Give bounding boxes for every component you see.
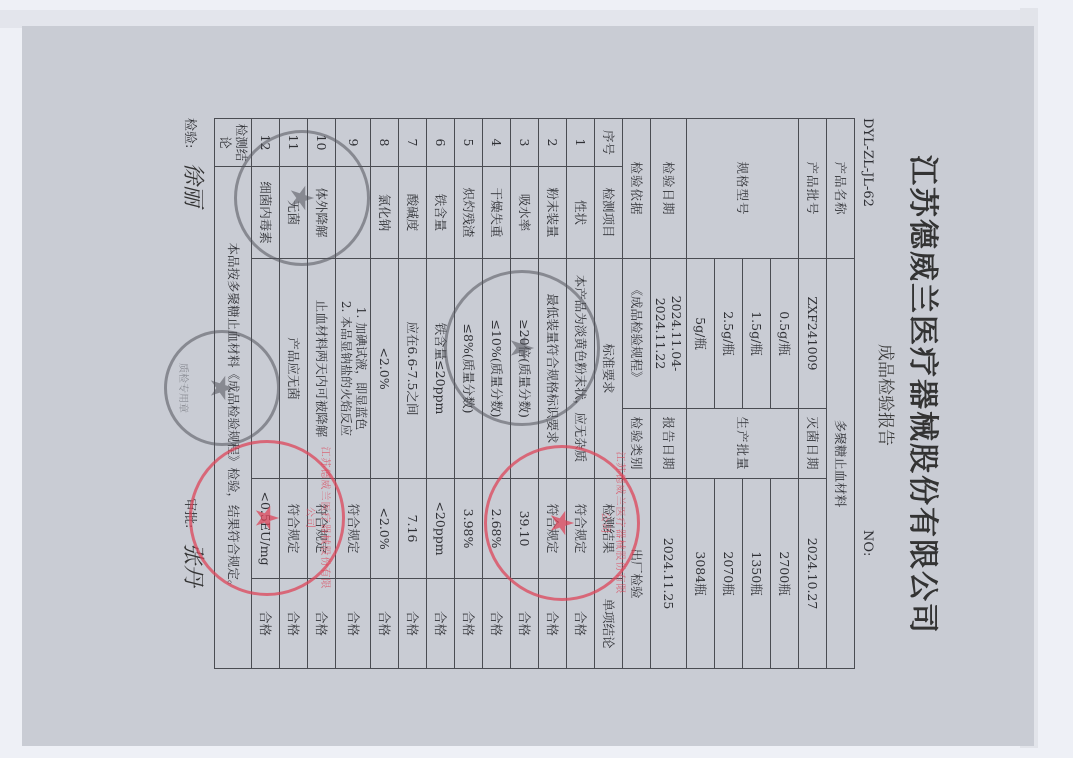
test-result: 符合规定 [566, 479, 594, 579]
conclusion-label: 检测结论 [215, 119, 251, 167]
inspection-report-page: 江苏德威兰医疗器械股份有限公司 成品检验报告 DYL-ZL-JL-62 NO: … [95, 100, 970, 690]
test-item: 无菌 [279, 167, 307, 259]
test-result: 符合规定 [307, 479, 335, 579]
header-verdict: 单项结论 [594, 579, 622, 669]
inspector-label: 检验: [182, 118, 197, 148]
table-row: 10体外降解止血材料两天内可被降解符合规定合格 [307, 119, 335, 669]
inspector-handwriting: 徐丽 [180, 163, 205, 207]
spec-label: 规格型号 [687, 119, 799, 259]
basis-row: 检验依据 《成品检验规程》 检验类别 出厂检验 [622, 119, 650, 669]
basis-value: 《成品检验规程》 [622, 259, 650, 409]
test-result: 符合规定 [538, 479, 566, 579]
table-row: 5炽灼残渣≤8%(质量分数)3.98%合格 [454, 119, 482, 669]
standard-line: 2. 本品显钠盐的火焰反应 [338, 262, 353, 475]
row-number: 2 [538, 119, 566, 167]
item-verdict: 合格 [510, 579, 538, 669]
table-header-row: 序号 检测项目 标准要求 检测结果 单项结论 [594, 119, 622, 669]
standard-requirement: 产品应无菌 [279, 259, 307, 479]
standard-requirement: ≥20倍(质量分数) [510, 259, 538, 479]
date-row: 检验日期 2024.11.04-2024.11.22 报告日期 2024.11.… [650, 119, 686, 669]
sterilize-date-value: 2024.10.27 [799, 479, 827, 669]
table-row: 4干燥失重≤10%(质量分数)2.68%合格 [482, 119, 510, 669]
test-result: 3.98% [454, 479, 482, 579]
header-standard: 标准要求 [594, 259, 622, 479]
product-name-value: 多聚糖止血材料 [827, 259, 855, 669]
sterilize-date-label: 灭菌日期 [799, 409, 827, 479]
production-qty-label: 生产批量 [687, 409, 799, 479]
production-qty-value: 1350瓶 [743, 479, 771, 669]
header-result: 检测结果 [594, 479, 622, 579]
standard-requirement: ≤10%(质量分数) [482, 259, 510, 479]
inspect-date-label: 检验日期 [650, 119, 686, 259]
test-result: <2.0% [370, 479, 398, 579]
standard-requirement: 应在6.6-7.5之间 [398, 259, 426, 479]
product-name-row: 产品名称 多聚糖止血材料 [827, 119, 855, 669]
test-result: 符合规定 [279, 479, 307, 579]
standard-requirement: 止血材料两天内可被降解 [307, 259, 335, 479]
batch-row: 产品批号 ZXF241009 灭菌日期 2024.10.27 [799, 119, 827, 669]
test-result: 2.68% [482, 479, 510, 579]
table-row: 8氯化钠<2.0%<2.0%合格 [370, 119, 398, 669]
test-result: <20ppm [426, 479, 454, 579]
test-item: 酸碱度 [398, 167, 426, 259]
table-row: 3吸水率≥20倍(质量分数)39.10合格 [510, 119, 538, 669]
test-item: 性状 [566, 167, 594, 259]
item-verdict: 合格 [307, 579, 335, 669]
company-name: 江苏德威兰医疗器械股份有限公司 [904, 100, 948, 690]
standard-requirement: 本产品为淡黄色粉末状，应无杂质 [566, 259, 594, 479]
conclusion-row: 检测结论 本品按多聚糖止血材料《成品检验规程》检验，结果符合规定。 [215, 119, 251, 669]
report-title: 成品检验报告 [875, 100, 900, 690]
spec-value: 5g/瓶 [687, 259, 715, 409]
table-row: 91. 加碘试液，即显蓝色2. 本品显钠盐的火焰反应符合规定合格 [335, 119, 370, 669]
test-item: 铁含量 [426, 167, 454, 259]
batch-label: 产品批号 [799, 119, 827, 259]
report-date-value: 2024.11.25 [650, 479, 686, 669]
test-result: 7.16 [398, 479, 426, 579]
item-verdict: 合格 [398, 579, 426, 669]
production-qty-value: 2700瓶 [771, 479, 799, 669]
test-result: 39.10 [510, 479, 538, 579]
row-number: 11 [279, 119, 307, 167]
row-number: 4 [482, 119, 510, 167]
table-row: 11无菌产品应无菌符合规定合格 [279, 119, 307, 669]
header-item: 检测项目 [594, 167, 622, 259]
batch-value: ZXF241009 [799, 259, 827, 409]
row-number: 3 [510, 119, 538, 167]
standard-requirement: 最低装量符合规格标识要求 [538, 259, 566, 479]
approver-signature: 审批: 张丹 [179, 498, 210, 587]
table-row: 12细菌内毒素<0.5EU/mg合格 [251, 119, 279, 669]
spec-row: 规格型号 0.5g/瓶 生产批量 2700瓶 [771, 119, 799, 669]
row-number: 7 [398, 119, 426, 167]
table-row: 2粉末装量最低装量符合规格标识要求符合规定合格 [538, 119, 566, 669]
row-number: 10 [307, 119, 335, 167]
item-verdict: 合格 [251, 579, 279, 669]
standard-requirement: ≤8%(质量分数) [454, 259, 482, 479]
approver-label: 审批: [182, 498, 197, 528]
item-verdict: 合格 [566, 579, 594, 669]
test-result: <0.5EU/mg [251, 479, 279, 579]
item-verdict: 合格 [538, 579, 566, 669]
row-number: 9 [335, 119, 370, 167]
production-qty-value: 2070瓶 [715, 479, 743, 669]
inspector-signature: 检验: 徐丽 [179, 118, 210, 207]
test-item: 细菌内毒素 [251, 167, 279, 259]
basis-label: 检验依据 [622, 119, 650, 259]
report-number-label: NO: [860, 530, 875, 556]
standard-requirement [251, 259, 279, 479]
standard-line: 1. 加碘试液，即显蓝色 [353, 262, 368, 475]
test-item: 炽灼残渣 [454, 167, 482, 259]
row-number: 5 [454, 119, 482, 167]
category-value: 出厂检验 [622, 479, 650, 669]
spec-value: 0.5g/瓶 [771, 259, 799, 409]
row-number: 6 [426, 119, 454, 167]
document-code: DYL-ZL-JL-62 [860, 118, 875, 207]
approver-handwriting: 张丹 [180, 543, 205, 587]
inspection-table: 产品名称 多聚糖止血材料 产品批号 ZXF241009 灭菌日期 2024.10… [215, 118, 856, 669]
test-item: 吸水率 [510, 167, 538, 259]
item-verdict: 合格 [279, 579, 307, 669]
table-row: 1性状本产品为淡黄色粉末状，应无杂质符合规定合格 [566, 119, 594, 669]
test-item: 氯化钠 [370, 167, 398, 259]
spec-value: 2.5g/瓶 [715, 259, 743, 409]
conclusion-text: 本品按多聚糖止血材料《成品检验规程》检验，结果符合规定。 [215, 167, 251, 669]
category-label: 检验类别 [622, 409, 650, 479]
report-date-label: 报告日期 [650, 409, 686, 479]
row-number: 12 [251, 119, 279, 167]
product-name-label: 产品名称 [827, 119, 855, 259]
standard-requirement: 铁含量≤20ppm [426, 259, 454, 479]
test-item: 体外降解 [307, 167, 335, 259]
item-verdict: 合格 [454, 579, 482, 669]
standard-requirement: 1. 加碘试液，即显蓝色2. 本品显钠盐的火焰反应 [335, 259, 370, 479]
item-verdict: 合格 [426, 579, 454, 669]
production-qty-value: 3084瓶 [687, 479, 715, 669]
spec-value: 1.5g/瓶 [743, 259, 771, 409]
inspect-date-value: 2024.11.04-2024.11.22 [650, 259, 686, 409]
table-row: 6铁含量铁含量≤20ppm<20ppm合格 [426, 119, 454, 669]
item-verdict: 合格 [370, 579, 398, 669]
test-item [335, 167, 370, 259]
table-row: 7酸碱度应在6.6-7.5之间7.16合格 [398, 119, 426, 669]
item-verdict: 合格 [482, 579, 510, 669]
test-item: 粉末装量 [538, 167, 566, 259]
standard-requirement: <2.0% [370, 259, 398, 479]
test-item: 干燥失重 [482, 167, 510, 259]
row-number: 1 [566, 119, 594, 167]
item-verdict: 合格 [335, 579, 370, 669]
test-result: 符合规定 [335, 479, 370, 579]
row-number: 8 [370, 119, 398, 167]
header-no: 序号 [594, 119, 622, 167]
